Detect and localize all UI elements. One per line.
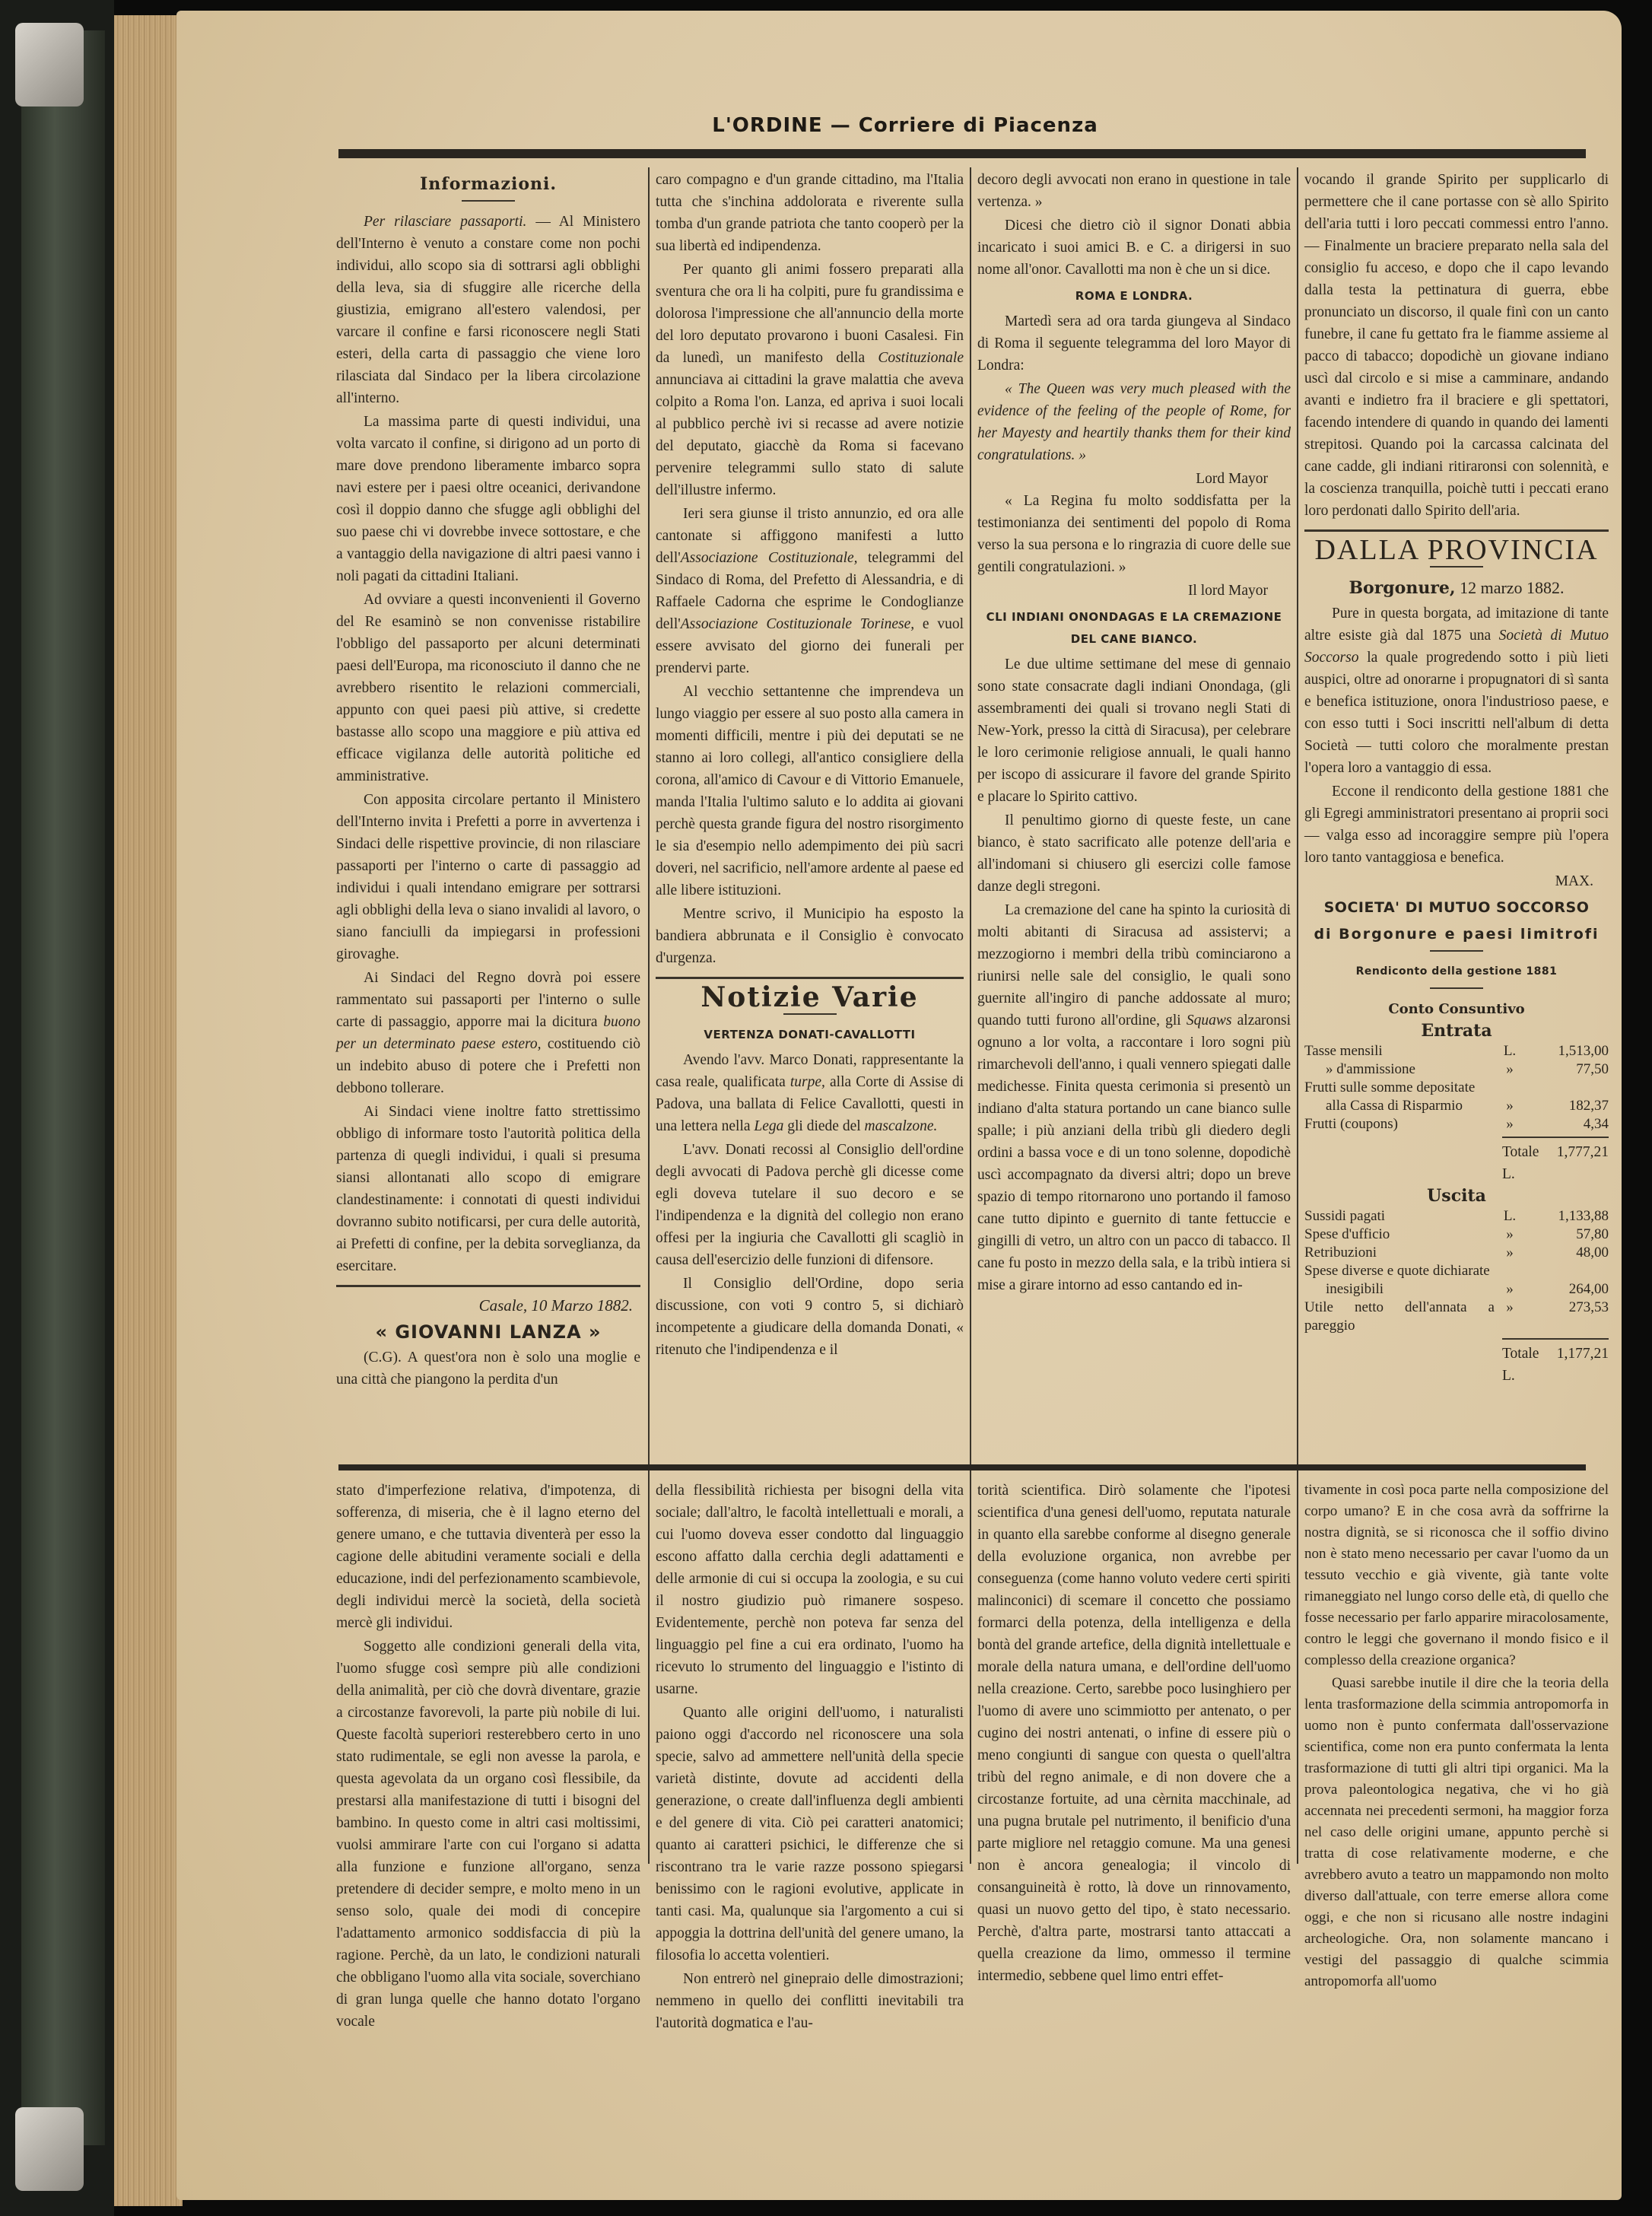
- subheading-indiani: CLI INDIANI ONONDAGAS E LA CREMAZIONE DE…: [977, 606, 1291, 650]
- article-paragraph: Quanto alle origini dell'uomo, i natural…: [656, 1702, 964, 1966]
- article-paragraph: caro compagno e d'un grande cittadino, m…: [656, 169, 964, 257]
- ledger-label: Frutti sulle somme depositate: [1304, 1079, 1495, 1097]
- column-rule-2: [970, 167, 971, 1864]
- subheading-vertenza: VERTENZA DONATI-CAVALLOTTI: [656, 1024, 964, 1046]
- article-paragraph: Le due ultime settimane del mese di genn…: [977, 653, 1291, 808]
- section-heading-informazioni: Informazioni.: [336, 173, 640, 196]
- article-paragraph: Ai Sindaci del Regno dovrà poi essere ra…: [336, 967, 640, 1099]
- column-rule-1: [648, 167, 650, 1864]
- ledger-row: Utile netto dell'annata a pareggio»273,5…: [1304, 1299, 1609, 1335]
- column-1-upper: Informazioni. Per rilasciare passaporti.…: [336, 169, 640, 1392]
- section-rule: [338, 1464, 1586, 1470]
- ledger-row: » d'ammissione»77,50: [1304, 1060, 1609, 1079]
- ledger-amount: [1525, 1262, 1609, 1280]
- ledger-amount: [1525, 1079, 1609, 1097]
- article-paragraph: Il penultimo giorno di queste feste, un …: [977, 809, 1291, 898]
- section-heading-lanza: « GIOVANNI LANZA »: [336, 1321, 640, 1343]
- article-paragraph: Avendo l'avv. Marco Donati, rappresentan…: [656, 1049, 964, 1137]
- ledger-label: » d'ammissione: [1304, 1060, 1495, 1079]
- article-paragraph: vocando il grande Spirito per supplicarl…: [1304, 169, 1609, 522]
- ledger-row: Retribuzioni»48,00: [1304, 1244, 1609, 1262]
- ledger-currency: L.: [1495, 1207, 1525, 1226]
- ledger-row: Tasse mensiliL.1,513,00: [1304, 1042, 1609, 1060]
- uscita-table: Sussidi pagatiL.1,133,88Spese d'ufficio»…: [1304, 1207, 1609, 1335]
- conto-heading: Conto Consuntivo: [1304, 998, 1609, 1020]
- ledger-label: Frutti (coupons): [1304, 1115, 1495, 1133]
- divider: [1430, 950, 1483, 952]
- ledger-amount: 182,37: [1525, 1097, 1609, 1115]
- column-2-upper: caro compagno e d'un grande cittadino, m…: [656, 169, 964, 1362]
- article-paragraph: Al vecchio settantenne che imprendeva un…: [656, 681, 964, 901]
- masthead-rule: [338, 149, 1586, 158]
- article-paragraph: Ai Sindaci viene inoltre fatto strettiss…: [336, 1101, 640, 1277]
- entrata-total: Totale L. 1,777,21: [1502, 1137, 1609, 1185]
- dateline-borgonure: Borgonure, 12 marzo 1882.: [1304, 577, 1609, 599]
- ledger-row: Spese diverse e quote dichiarate: [1304, 1262, 1609, 1280]
- article-paragraph: La cremazione del cane ha spinto la curi…: [977, 899, 1291, 1296]
- ledger-amount: 1,133,88: [1525, 1207, 1609, 1226]
- column-3-lower: torità scientifica. Dirò solamente che l…: [977, 1480, 1291, 1989]
- binding-cloth: [21, 30, 105, 2145]
- subheading-roma-londra: ROMA E LONDRA.: [977, 285, 1291, 307]
- entrata-heading: Entrata: [1304, 1020, 1609, 1042]
- article-paragraph: tivamente in così poca parte nella compo…: [1304, 1480, 1609, 1671]
- ornament-divider: [783, 1013, 837, 1015]
- ledger-label: Tasse mensili: [1304, 1042, 1495, 1060]
- ledger-amount: 4,34: [1525, 1115, 1609, 1133]
- ledger-label: inesigibili: [1304, 1280, 1495, 1299]
- dateline: Casale, 10 Marzo 1882.: [336, 1295, 633, 1317]
- ledger-currency: »: [1495, 1299, 1525, 1335]
- divider: [462, 200, 515, 202]
- article-paragraph: Non entrerò nel ginepraio delle dimostra…: [656, 1968, 964, 2034]
- article-paragraph: Eccone il rendiconto della gestione 1881…: [1304, 781, 1609, 869]
- article-paragraph: Per rilasciare passaporti. — Al Minister…: [336, 211, 640, 409]
- article-paragraph: Ieri sera giunse il tristo annunzio, ed …: [656, 503, 964, 679]
- article-paragraph: Per quanto gli animi fossero preparati a…: [656, 259, 964, 501]
- article-paragraph: Dicesi che dietro ciò il signor Donati a…: [977, 215, 1291, 281]
- ledger-label: Retribuzioni: [1304, 1244, 1495, 1262]
- ledger-amount: 273,53: [1525, 1299, 1609, 1335]
- article-paragraph: La massima parte di questi individui, un…: [336, 411, 640, 587]
- article-paragraph: L'avv. Donati recossi al Consiglio dell'…: [656, 1139, 964, 1271]
- society-heading: SOCIETA' DI MUTUO SOCCORSO: [1304, 897, 1609, 919]
- ledger-row: alla Cassa di Risparmio»182,37: [1304, 1097, 1609, 1115]
- society-subheading: di Borgonure e paesi limitrofi: [1304, 924, 1609, 946]
- rendiconto-heading: Rendiconto della gestione 1881: [1304, 961, 1609, 983]
- ledger-currency: »: [1495, 1097, 1525, 1115]
- ledger-amount: 48,00: [1525, 1244, 1609, 1262]
- article-paragraph: della flessibilità richiesta per bisogni…: [656, 1480, 964, 1700]
- divider: [336, 1285, 640, 1287]
- column-4-upper: vocando il grande Spirito per supplicarl…: [1304, 169, 1609, 1387]
- ledger-label: Spese d'ufficio: [1304, 1226, 1495, 1244]
- article-paragraph: Il Consiglio dell'Ordine, dopo seria dis…: [656, 1273, 964, 1361]
- article-paragraph: torità scientifica. Dirò solamente che l…: [977, 1480, 1291, 1987]
- ledger-currency: »: [1495, 1115, 1525, 1133]
- column-rule-3: [1297, 167, 1298, 1864]
- book-binding: [0, 0, 114, 2216]
- uscita-heading: Uscita: [1304, 1185, 1609, 1207]
- article-paragraph: Ad ovviare a questi inconvenienti il Gov…: [336, 589, 640, 787]
- column-2-lower: della flessibilità richiesta per bisogni…: [656, 1480, 964, 2036]
- divider: [1430, 566, 1483, 568]
- section-heading-dalla-provincia: DALLA PROVINCIA: [1304, 539, 1609, 561]
- ledger-row: Frutti sulle somme depositate: [1304, 1079, 1609, 1097]
- ledger-currency: »: [1495, 1244, 1525, 1262]
- ledger-label: Sussidi pagati: [1304, 1207, 1495, 1226]
- ledger-currency: [1495, 1262, 1525, 1280]
- ledger-amount: 77,50: [1525, 1060, 1609, 1079]
- divider: [656, 977, 964, 979]
- article-paragraph: Pure in questa borgata, ad imitazione di…: [1304, 602, 1609, 779]
- binding-corner-bottom: [15, 2107, 84, 2191]
- signature: MAX.: [1304, 870, 1609, 892]
- column-1-lower: stato d'imperfezione relativa, d'impoten…: [336, 1480, 640, 2034]
- ledger-amount: 57,80: [1525, 1226, 1609, 1244]
- uscita-total: Totale L. 1,177,21: [1502, 1338, 1609, 1387]
- ledger-row: Sussidi pagatiL.1,133,88: [1304, 1207, 1609, 1226]
- masthead: L'ORDINE — Corriere di Piacenza: [616, 114, 1194, 137]
- ledger-row: Frutti (coupons)»4,34: [1304, 1115, 1609, 1133]
- column-4-lower: tivamente in così poca parte nella compo…: [1304, 1480, 1609, 1994]
- ledger-currency: L.: [1495, 1042, 1525, 1060]
- article-paragraph: Martedì sera ad ora tarda giungeva al Si…: [977, 310, 1291, 377]
- article-paragraph: decoro degli avvocati non erano in quest…: [977, 169, 1291, 213]
- divider: [1304, 529, 1609, 532]
- article-paragraph: Quasi sarebbe inutile il dire che la teo…: [1304, 1673, 1609, 1992]
- article-paragraph: (C.G). A quest'ora non è solo una moglie…: [336, 1346, 640, 1391]
- article-quote: « La Regina fu molto soddisfatta per la …: [977, 490, 1291, 578]
- ledger-label: Spese diverse e quote dichiarate: [1304, 1262, 1495, 1280]
- ledger-currency: »: [1495, 1060, 1525, 1079]
- column-3-upper: decoro degli avvocati non erano in quest…: [977, 169, 1291, 1298]
- ledger-label: Utile netto dell'annata a pareggio: [1304, 1299, 1495, 1335]
- divider: [1430, 987, 1483, 989]
- signature: Il lord Mayor: [977, 580, 1291, 602]
- ledger-currency: »: [1495, 1226, 1525, 1244]
- ledger-row: inesigibili»264,00: [1304, 1280, 1609, 1299]
- ledger-label: alla Cassa di Risparmio: [1304, 1097, 1495, 1115]
- article-quote: « The Queen was very much pleased with t…: [977, 378, 1291, 466]
- ledger-currency: »: [1495, 1280, 1525, 1299]
- ledger-currency: [1495, 1079, 1525, 1097]
- ledger-row: Spese d'ufficio»57,80: [1304, 1226, 1609, 1244]
- article-paragraph: Soggetto alle condizioni generali della …: [336, 1636, 640, 2033]
- article-paragraph: Con apposita circolare pertanto il Minis…: [336, 789, 640, 965]
- binding-corner-top: [15, 23, 84, 107]
- article-paragraph: stato d'imperfezione relativa, d'impoten…: [336, 1480, 640, 1634]
- section-heading-notizie-varie: Notizie Varie: [656, 987, 964, 1009]
- signature: Lord Mayor: [977, 468, 1291, 490]
- ledger-amount: 264,00: [1525, 1280, 1609, 1299]
- ledger-amount: 1,513,00: [1525, 1042, 1609, 1060]
- entrata-table: Tasse mensiliL.1,513,00» d'ammissione»77…: [1304, 1042, 1609, 1133]
- page-edges: [114, 15, 183, 2206]
- article-paragraph: Mentre scrivo, il Municipio ha esposto l…: [656, 903, 964, 969]
